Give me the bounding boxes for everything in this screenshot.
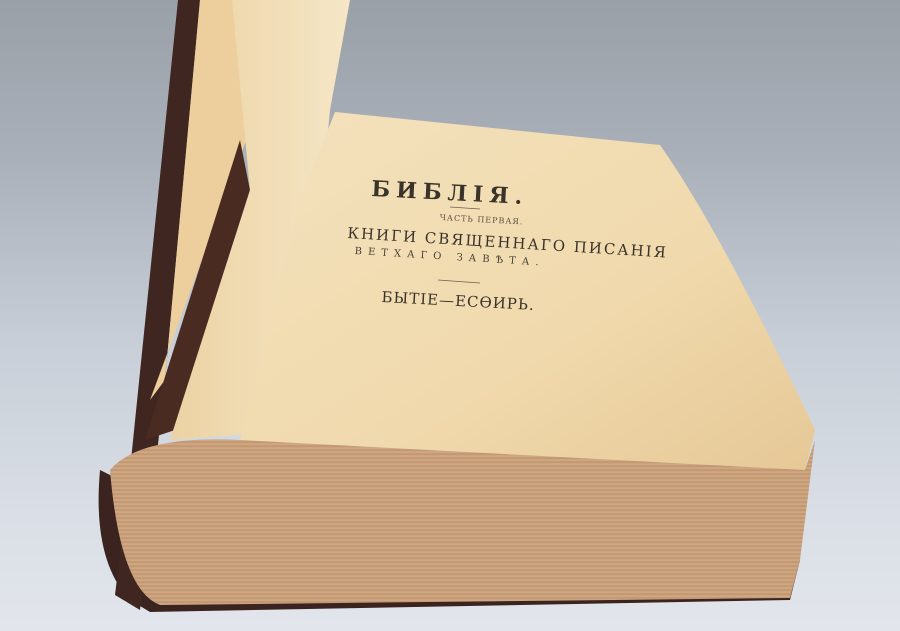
book-illustration <box>0 0 900 631</box>
title-page <box>240 112 815 470</box>
book-photo: БИБЛІЯ. ЧАСТЬ ПЕРВАЯ. КНИГИ СВЯЩЕННАГО П… <box>0 0 900 631</box>
